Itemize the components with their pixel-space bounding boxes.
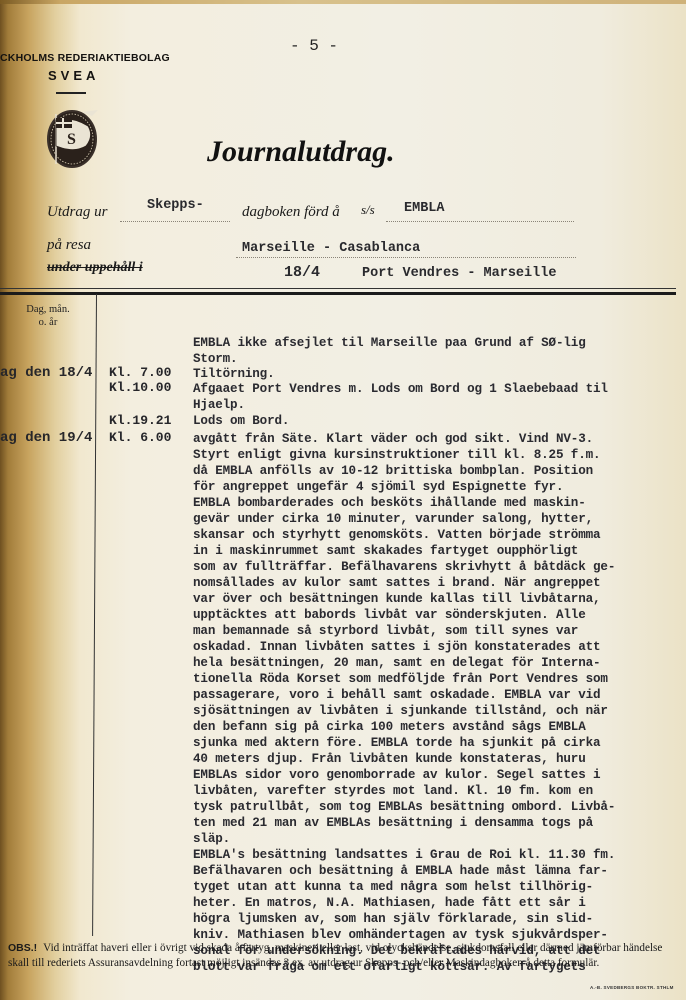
company-name: CKHOLMS REDERIAKTIEBOLAG <box>0 52 170 64</box>
document-title: Journalutdrag. <box>207 135 395 169</box>
voyage-dotline <box>236 257 576 258</box>
stay-value: Port Vendres - Marseille <box>362 266 556 281</box>
log-entry-text: Tiltörning. <box>193 366 274 382</box>
letterhead-divider <box>56 92 86 94</box>
log-entry-text: Afgaaet Port Vendres m. Lods om Bord og … <box>193 381 608 413</box>
date-column-divider <box>92 294 97 936</box>
stay-date: 18/4 <box>284 264 320 281</box>
svea-flag-emblem-icon: S <box>42 106 104 170</box>
extract-label: Utdrag ur <box>47 204 107 221</box>
voyage-value: Marseille - Casablanca <box>242 241 420 256</box>
date-column-header: Dag, mån. o. år <box>18 303 78 329</box>
obs-text: Vid inträffat haveri eller i övrigt vid … <box>8 942 662 969</box>
log-entry-time: Kl.10.00 <box>109 380 171 395</box>
extract-dotline <box>120 221 230 222</box>
svg-text:S: S <box>67 131 76 148</box>
company-short-name: SVEA <box>48 68 99 83</box>
log-entry-date: ag den 19/4 <box>0 430 92 446</box>
obs-label: OBS.! <box>8 942 37 954</box>
log-entry-time: Kl. 7.00 <box>109 365 171 380</box>
header-rule-thick <box>0 292 676 295</box>
voyage-label: på resa <box>47 237 91 254</box>
vessel-value: EMBLA <box>404 201 445 216</box>
extract-value: Skepps- <box>147 198 204 213</box>
obs-notice: OBS.!Vid inträffat haveri eller i övrigt… <box>8 941 668 971</box>
printer-imprint: A.-B. SVEDBERGS BOKTR. STHLM <box>590 985 674 990</box>
log-entry-text: avgått från Säte. Klart väder och god si… <box>193 431 615 975</box>
date-column-header-line1: Dag, mån. <box>18 303 78 316</box>
page-number: - 5 - <box>290 37 338 55</box>
log-entry-text: EMBLA ikke afsejlet til Marseille paa Gr… <box>193 335 586 367</box>
vessel-prefix: s/s <box>361 202 375 218</box>
page-top-edge <box>0 0 686 4</box>
stay-label: under uppehåll i <box>47 260 143 276</box>
log-entry-date: ag den 18/4 <box>0 365 92 381</box>
logbook-label: dagboken förd å <box>242 204 340 221</box>
log-entry-time: Kl.19.21 <box>109 413 171 428</box>
header-rule-thin <box>0 288 676 289</box>
log-entry-text: Lods om Bord. <box>193 413 289 429</box>
log-entry-time: Kl. 6.00 <box>109 430 171 445</box>
vessel-dotline <box>386 221 574 222</box>
date-column-header-line2: o. år <box>18 316 78 329</box>
